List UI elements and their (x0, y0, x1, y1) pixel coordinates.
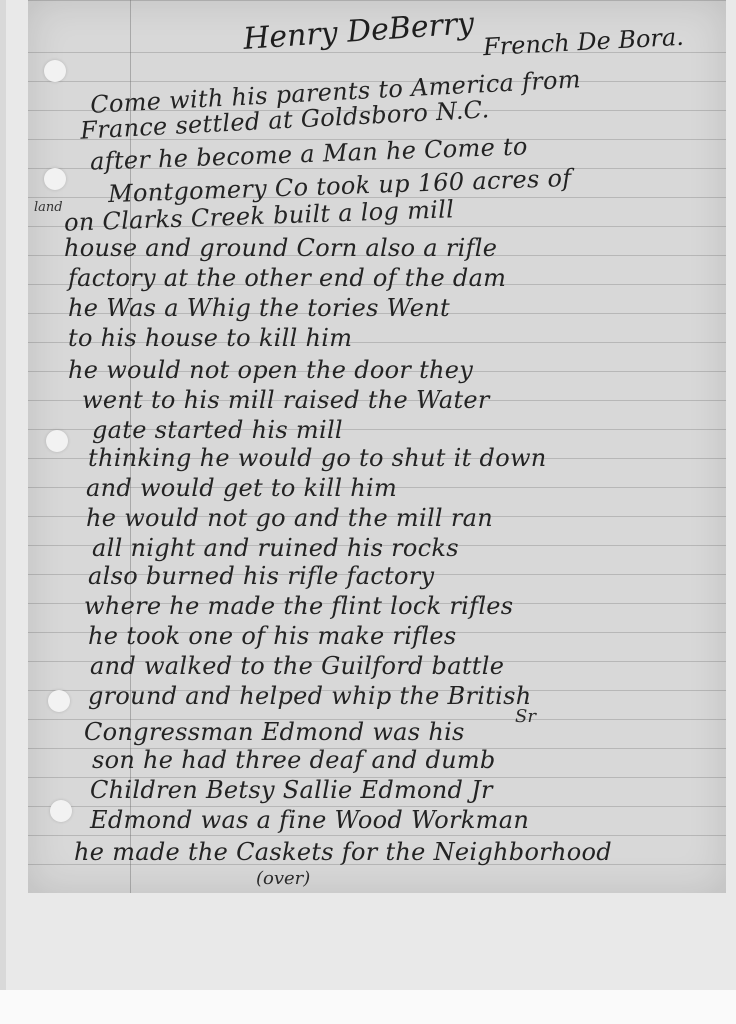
continued-over-note: (over) (256, 868, 310, 889)
text-line: Children Betsy Sallie Edmond Jr (90, 776, 493, 804)
inserted-note-sr: Sr (515, 706, 536, 727)
text-line: son he had three deaf and dumb (92, 746, 496, 774)
text-line: and would get to kill him (86, 474, 397, 502)
notebook-sheet: Henry DeBerry French De Bora. land Come … (28, 0, 726, 893)
text-line: thinking he would go to shut it down (88, 444, 547, 472)
text-line: all night and ruined his rocks (92, 534, 459, 562)
text-line: house and ground Corn also a rifle (64, 234, 497, 262)
scan-bottom-margin (0, 990, 736, 1024)
text-line: he took one of his make rifles (88, 622, 456, 650)
text-line: he would not go and the mill ran (86, 504, 493, 532)
text-line: he would not open the door they (68, 356, 473, 384)
text-line: ground and helped whip the British (88, 682, 532, 710)
text-line: went to his mill raised the Water (82, 386, 490, 414)
text-line: he made the Caskets for the Neighborhood (74, 838, 612, 866)
text-line: factory at the other end of the dam (68, 264, 506, 292)
text-line: he Was a Whig the tories Went (68, 294, 450, 322)
handwritten-body: Come with his parents to America from Fr… (28, 0, 726, 893)
text-line: where he made the flint lock rifles (84, 592, 513, 620)
text-line: gate started his mill (92, 416, 343, 444)
text-line: also burned his rifle factory (88, 562, 434, 590)
text-line: and walked to the Guilford battle (90, 652, 504, 680)
scanner-edge (0, 0, 6, 990)
text-line: Congressman Edmond was his (84, 718, 465, 746)
text-line: Edmond was a fine Wood Workman (90, 806, 529, 834)
text-line: to his house to kill him (68, 324, 352, 352)
